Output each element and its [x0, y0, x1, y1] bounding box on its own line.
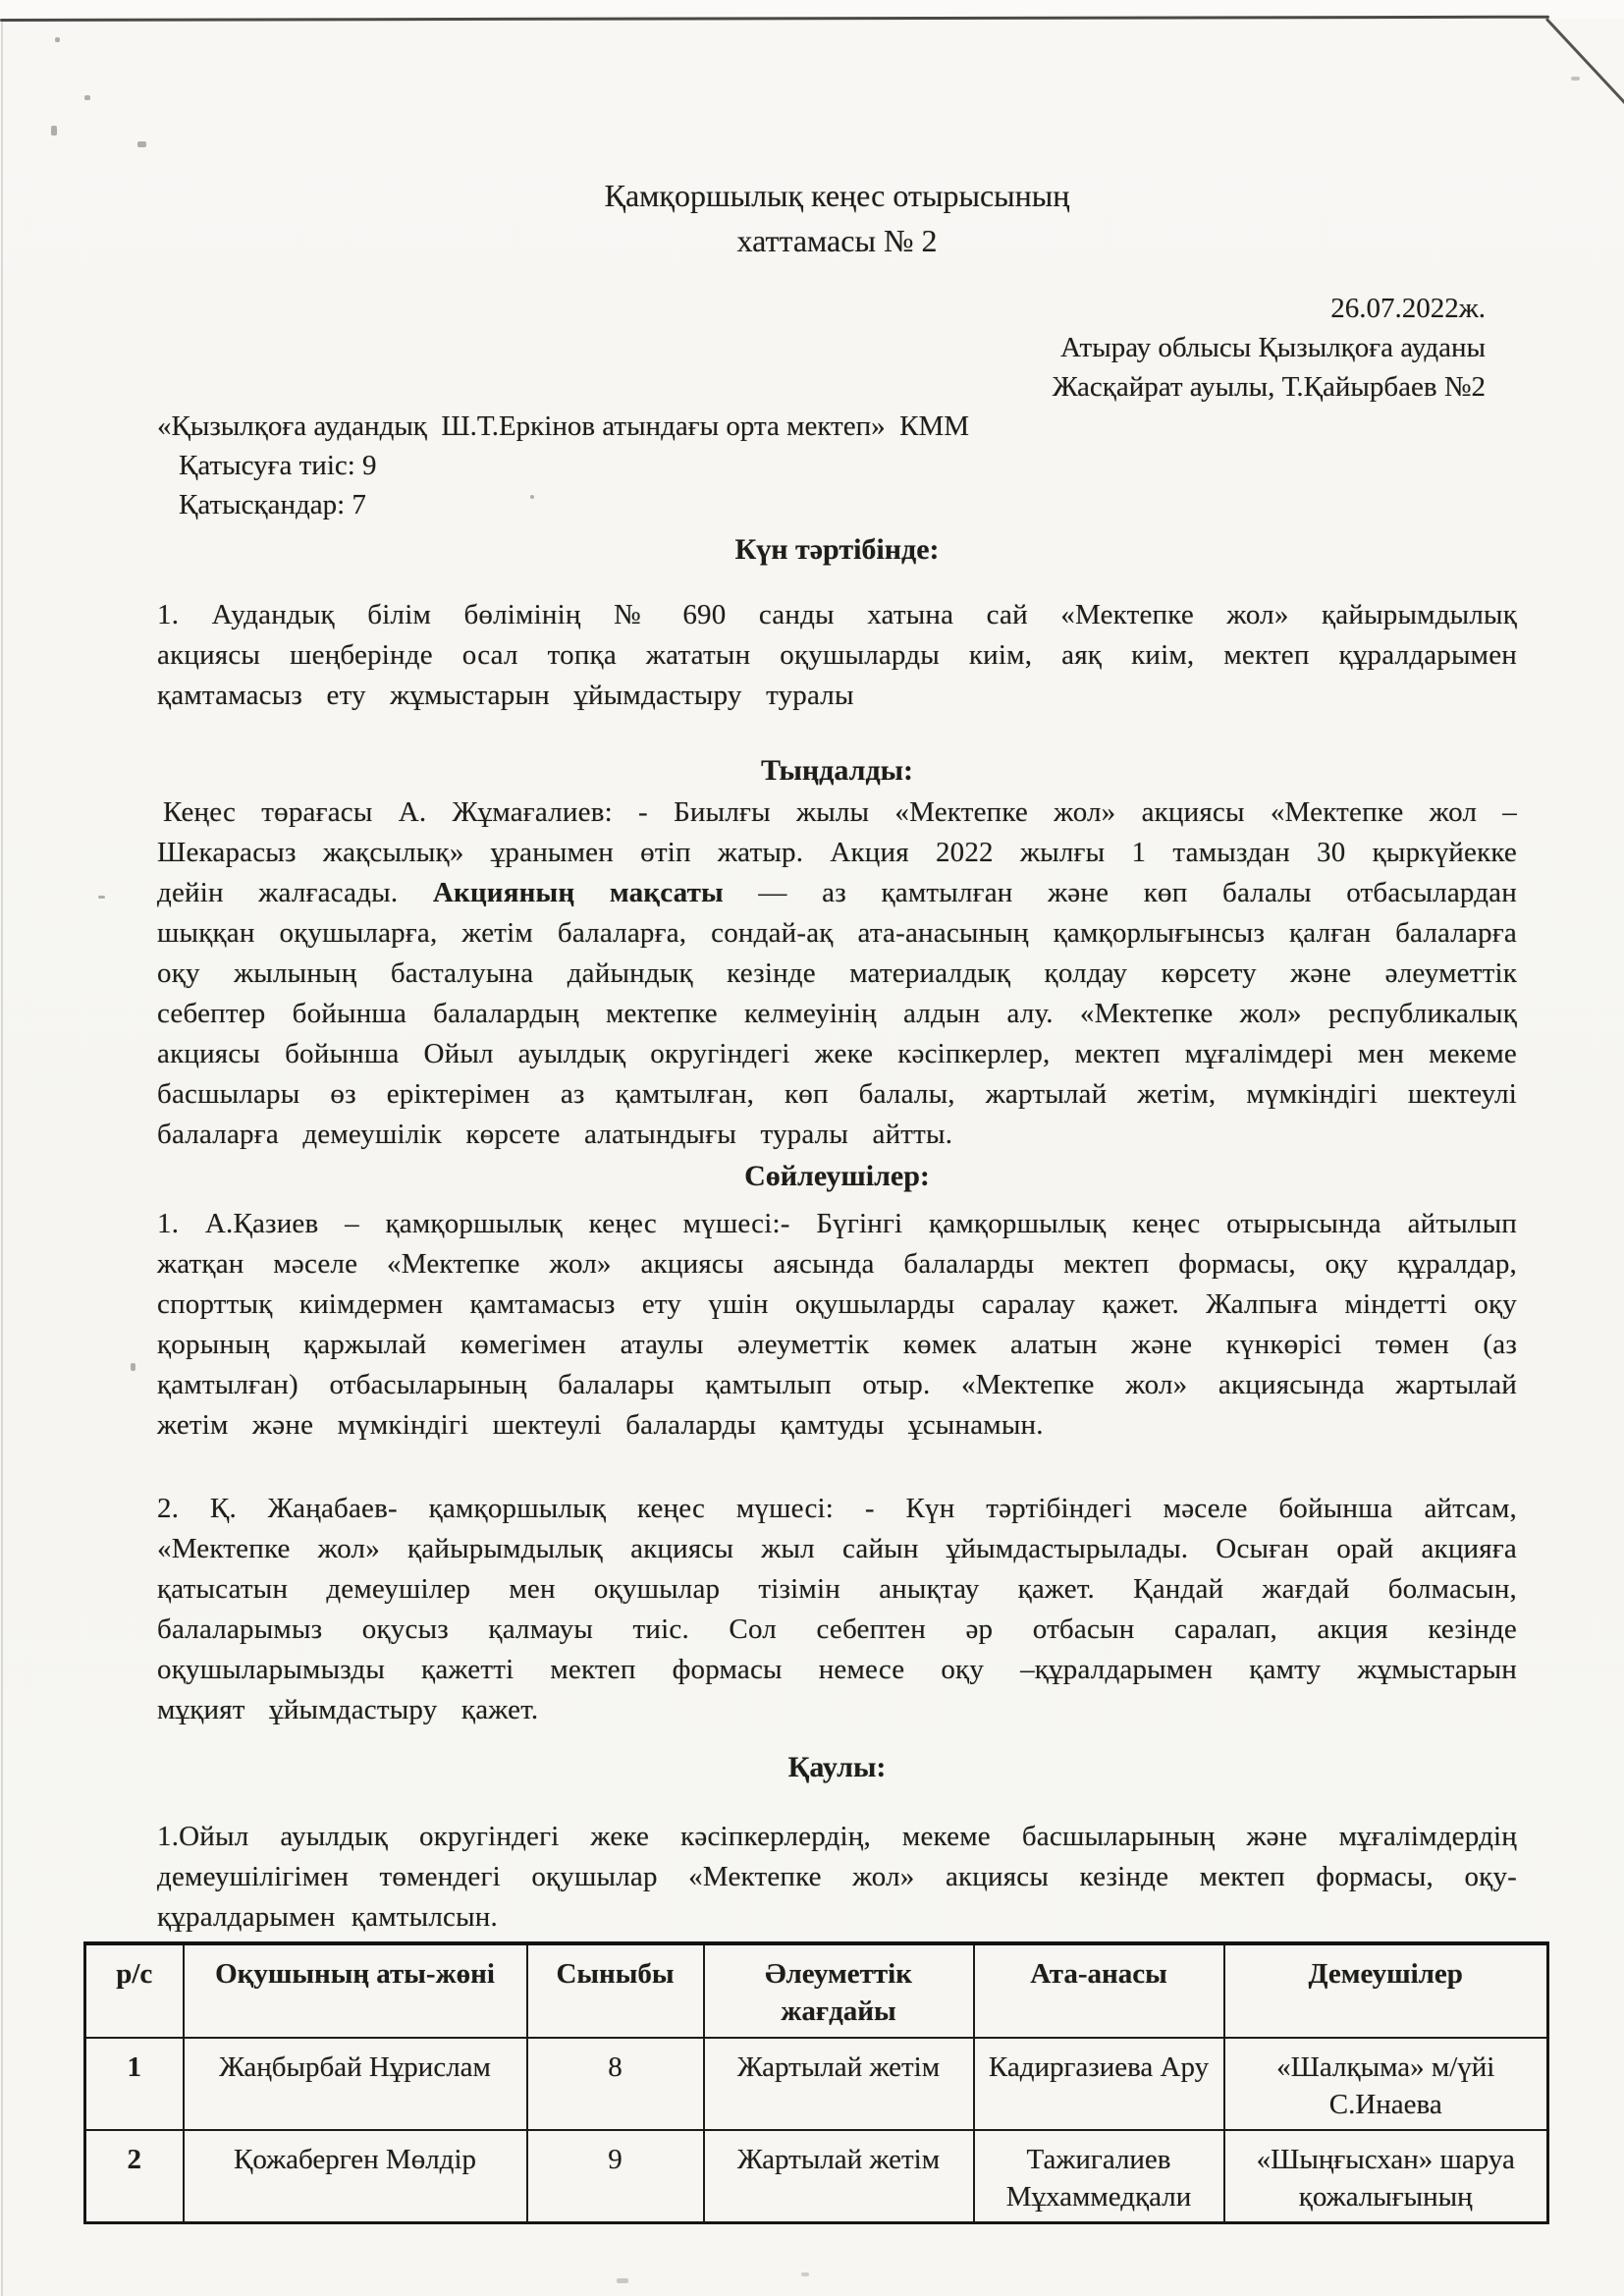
cell-grade: 8 [527, 2038, 704, 2130]
col-header-grade: Сыныбы [527, 1943, 704, 2038]
cell-parent: Тажигалиев Мұхаммедқали [974, 2130, 1224, 2223]
col-header-student-name: Оқушының аты-жөні [184, 1943, 527, 2038]
location-region: Атырау облысы Қызылқоға ауданы [157, 328, 1486, 367]
cell-grade: 9 [527, 2130, 704, 2223]
scan-speck [617, 2278, 628, 2283]
cell-student-name: Қожаберген Мөлдір [184, 2130, 527, 2223]
cell-sponsor: «Шалқыма» м/үйі С.Инаева [1224, 2038, 1548, 2130]
col-header-social-status: Әлеуметтік жағдайы [704, 1943, 974, 2038]
heard-text-after-bold: — аз қамтылған және көп балалы отбасылар… [157, 877, 1517, 1150]
document-title-line2: хаттамасы № 2 [157, 218, 1517, 263]
actual-attendees: Қатысқандар: 7 [157, 485, 1517, 524]
required-attendees: Қатысуға тиіс: 9 [157, 446, 1517, 485]
speakers-heading: Сөйлеушілер: [157, 1155, 1517, 1198]
document-date: 26.07.2022ж. [157, 289, 1486, 328]
date-location-block: 26.07.2022ж. Атырау облысы Қызылқоға ауд… [157, 289, 1517, 407]
table-header-row: р/с Оқушының аты-жөні Сыныбы Әлеуметтік … [85, 1943, 1548, 2038]
speaker2-text: 2. Қ. Жаңабаев- қамқоршылық кеңес мүшесі… [157, 1489, 1517, 1730]
speaker1-text: 1. А.Қазиев – қамқоршылық кеңес мүшесі:-… [157, 1204, 1517, 1446]
agenda-heading: Күн тәртібінде: [157, 528, 1517, 572]
agenda-item-text: 1. Аудандық білім бөлімінің № 690 санды … [157, 595, 1517, 716]
cell-social-status: Жартылай жетім [704, 2130, 974, 2223]
decision-intro-text: 1.Ойыл ауылдық округіндегі жеке кәсіпкер… [157, 1817, 1517, 1938]
cell-sponsor: «Шыңғысхан» шаруа қожалығының [1224, 2130, 1548, 2223]
col-header-number: р/с [85, 1943, 184, 2038]
location-village: Жасқайрат ауылы, Т.Қайырбаев №2 [157, 367, 1486, 407]
heard-bold-phrase: Акцияның мақсаты [433, 877, 724, 908]
cell-number: 1 [85, 2038, 184, 2130]
decision-heading: Қаулы: [157, 1746, 1517, 1789]
cell-number: 2 [85, 2130, 184, 2223]
cell-parent: Кадиргазиева Ару [974, 2038, 1224, 2130]
cell-student-name: Жаңбырбай Нұрислам [184, 2038, 527, 2130]
students-sponsors-table: р/с Оқушының аты-жөні Сыныбы Әлеуметтік … [83, 1941, 1549, 2224]
document-title-line1: Қамқоршылық кеңес отырысының [157, 173, 1517, 218]
heard-text: Кеңес төрағасы А. Жұмағалиев: - Биылғы ж… [157, 793, 1517, 1155]
table-row: 1 Жаңбырбай Нұрислам 8 Жартылай жетім Ка… [85, 2038, 1548, 2130]
organization-name: «Қызылқоға аудандық Ш.Т.Еркінов атындағы… [157, 407, 1517, 446]
scan-speck [801, 2272, 809, 2276]
document-title: Қамқоршылық кеңес отырысының хаттамасы №… [157, 173, 1517, 263]
scanned-protocol-page: Қамқоршылық кеңес отырысының хаттамасы №… [0, 0, 1624, 2296]
table-row: 2 Қожаберген Мөлдір 9 Жартылай жетім Таж… [85, 2130, 1548, 2223]
col-header-parent: Ата-анасы [974, 1943, 1224, 2038]
cell-social-status: Жартылай жетім [704, 2038, 974, 2130]
col-header-sponsor: Демеушілер [1224, 1943, 1548, 2038]
heard-heading: Тыңдалды: [157, 749, 1517, 793]
